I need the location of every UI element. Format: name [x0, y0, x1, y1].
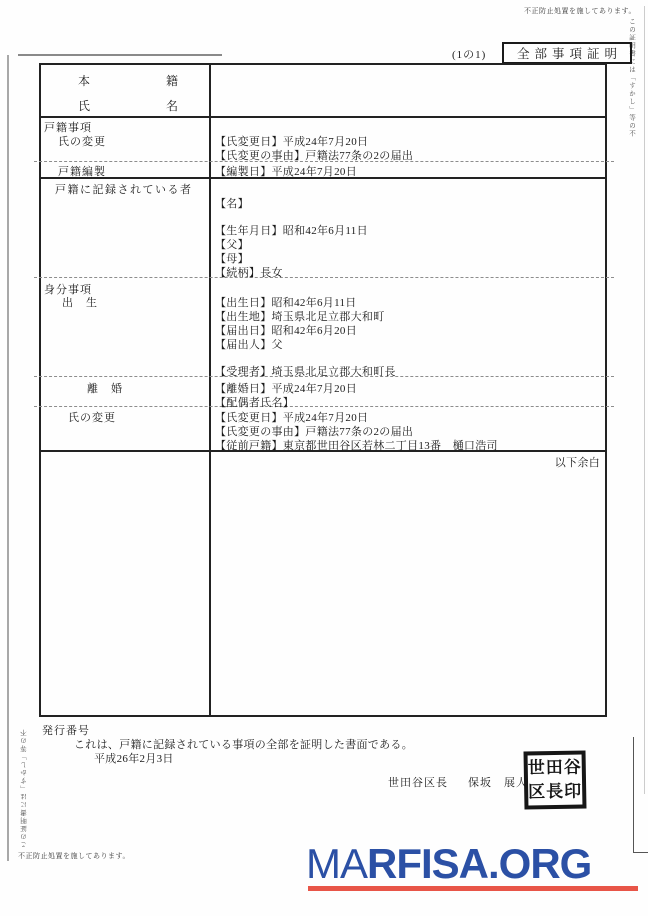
item-label-koseki-hensei: 戸籍編製 [58, 163, 106, 179]
scan-edge-right [644, 6, 645, 794]
honseki-label: 本 籍 [78, 72, 178, 89]
row-divider-dashed [34, 406, 614, 407]
remainder-blank-note: 以下余白 [555, 454, 600, 470]
scan-corner-bottom-right-v [633, 737, 634, 853]
item-label-birth: 出 生 [62, 294, 98, 310]
entry-line: 【配偶者氏名】 [215, 394, 294, 410]
anti-forgery-notice-bottom: 不正防止処置を施してあります。 [18, 851, 130, 861]
mayor-seal-stamp: 世田谷 区長印 [523, 750, 586, 809]
entry-line: 【氏変更の事由】戸籍法77条の2の届出 [215, 147, 413, 163]
koseki-certificate-page: 不正防止処置を施してあります。 この証明書には「すかし」等の不 この証明書には「… [0, 0, 648, 916]
page-number: (1の1) [452, 46, 486, 62]
watermark-text-light: MA [306, 840, 367, 887]
entry-line: 【編製日】平成24年7月20日 [215, 163, 357, 179]
marfisa-watermark-logo: MARFISA.ORG [306, 840, 591, 888]
section-label-recorded-person: 戸籍に記録されている者 [55, 181, 193, 197]
item-label-shi-no-henko: 氏の変更 [58, 133, 106, 149]
anti-forgery-notice-top: 不正防止処置を施してあります。 [524, 6, 636, 16]
entry-line: 【従前戸籍】東京都世田谷区若林二丁目13番 樋口浩司 [215, 437, 498, 453]
item-label-name-change: 氏の変更 [68, 409, 116, 425]
shimei-label: 氏 名 [78, 97, 178, 114]
watermark-underline [308, 886, 638, 891]
anti-forgery-notice-left-vertical: この証明書には「すかし」等の不 [20, 742, 29, 848]
entry-line: 【受理者】埼玉県北足立郡大和町長 [215, 363, 396, 379]
seal-text-row: 区長印 [528, 780, 582, 805]
row-divider-solid [39, 116, 607, 118]
entry-line: 【名】 [215, 195, 249, 211]
mayor-name: 保坂 展人 [468, 774, 528, 790]
scan-corner-top-left [18, 54, 222, 56]
certificate-title-box: 全部事項証明 [502, 42, 632, 64]
seal-text-row: 世田谷 [528, 756, 582, 781]
issue-date: 平成26年2月3日 [94, 750, 174, 766]
entry-line: 【続柄】長女 [215, 264, 283, 280]
row-divider-dashed [34, 277, 614, 278]
mayor-title: 世田谷区長 [388, 774, 448, 790]
certificate-title: 全部事項証明 [512, 44, 622, 62]
watermark-text-bold: RFISA.ORG [367, 840, 591, 887]
scan-corner-bottom-right-h [633, 852, 648, 853]
item-label-divorce: 離 婚 [87, 380, 123, 396]
scan-edge-left [7, 55, 9, 861]
entry-line: 【届出人】父 [215, 336, 283, 352]
